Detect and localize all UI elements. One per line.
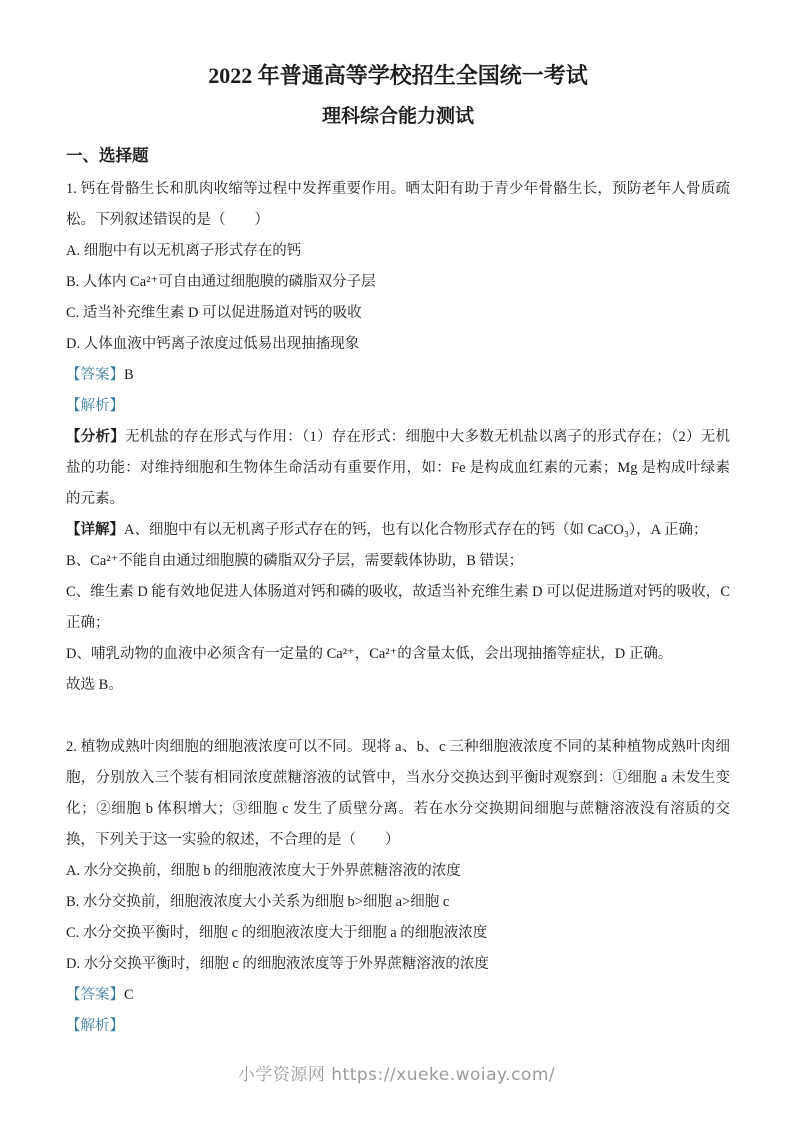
answer-label: 【答案】 (66, 367, 124, 383)
answer-value: B (124, 367, 134, 383)
analysis-tag: 【详解】 (66, 522, 124, 538)
answer-value: C (124, 987, 134, 1003)
question-option: C. 适当补充维生素 D 可以促进肠道对钙的吸收 (66, 298, 730, 329)
question-option: B. 水分交换前，细胞液浓度大小关系为细胞 b>细胞 a>细胞 c (66, 887, 730, 918)
analysis-paragraph: 故选 B。 (66, 670, 730, 701)
question-block: 2. 植物成熟叶肉细胞的细胞液浓度可以不同。现将 a、b、c 三种细胞液浓度不同… (66, 732, 730, 1042)
analysis-paragraph: C、维生素 D 能有效地促进人体肠道对钙和磷的吸收，故适当补充维生素 D 可以促… (66, 577, 730, 639)
exam-title: 2022 年普通高等学校招生全国统一考试 (66, 60, 730, 92)
section-heading: 一、选择题 (66, 142, 730, 170)
exam-subtitle: 理科综合能力测试 (66, 102, 730, 132)
answer-line: 【答案】B (66, 360, 730, 391)
question-block: 1. 钙在骨骼生长和肌肉收缩等过程中发挥重要作用。晒太阳有助于青少年骨骼生长，预… (66, 174, 730, 701)
question-option: C. 水分交换平衡时，细胞 c 的细胞液浓度大于细胞 a 的细胞液浓度 (66, 918, 730, 949)
analysis-tag: 【分析】 (66, 429, 125, 445)
question-spacer (66, 701, 730, 732)
analysis-label-line: 【解析】 (66, 1011, 730, 1042)
question-option: A. 细胞中有以无机离子形式存在的钙 (66, 236, 730, 267)
questions-container: 1. 钙在骨骼生长和肌肉收缩等过程中发挥重要作用。晒太阳有助于青少年骨骼生长，预… (66, 174, 730, 1042)
analysis-paragraph: B、Ca²⁺不能自由通过细胞膜的磷脂双分子层，需要载体协助，B 错误； (66, 546, 730, 577)
question-stem: 2. 植物成熟叶肉细胞的细胞液浓度可以不同。现将 a、b、c 三种细胞液浓度不同… (66, 732, 730, 856)
question-option: D. 人体血液中钙离子浓度过低易出现抽搐现象 (66, 329, 730, 360)
question-option: A. 水分交换前，细胞 b 的细胞液浓度大于外界蔗糖溶液的浓度 (66, 856, 730, 887)
analysis-paragraph: 【详解】A、细胞中有以无机离子形式存在的钙，也有以化合物形式存在的钙（如 CaC… (66, 515, 730, 546)
exam-document: 2022 年普通高等学校招生全国统一考试 理科综合能力测试 一、选择题 1. 钙… (66, 60, 730, 1042)
question-option: B. 人体内 Ca²⁺可自由通过细胞膜的磷脂双分子层 (66, 267, 730, 298)
analysis-paragraph: 【分析】无机盐的存在形式与作用：（1）存在形式：细胞中大多数无机盐以离子的形式存… (66, 422, 730, 515)
exam-paper-page: { "page": { "title": "2022 年普通高等学校招生全国统一… (0, 0, 793, 1122)
question-stem: 1. 钙在骨骼生长和肌肉收缩等过程中发挥重要作用。晒太阳有助于青少年骨骼生长，预… (66, 174, 730, 236)
answer-line: 【答案】C (66, 980, 730, 1011)
analysis-label-line: 【解析】 (66, 391, 730, 422)
answer-label: 【答案】 (66, 987, 124, 1003)
question-option: D. 水分交换平衡时，细胞 c 的细胞液浓度等于外界蔗糖溶液的浓度 (66, 949, 730, 980)
watermark-footer: 小学资源网 https://xueke.woiay.com/ (0, 1060, 793, 1085)
analysis-paragraph: D、哺乳动物的血液中必须含有一定量的 Ca²⁺，Ca²⁺的含量太低，会出现抽搐等… (66, 639, 730, 670)
